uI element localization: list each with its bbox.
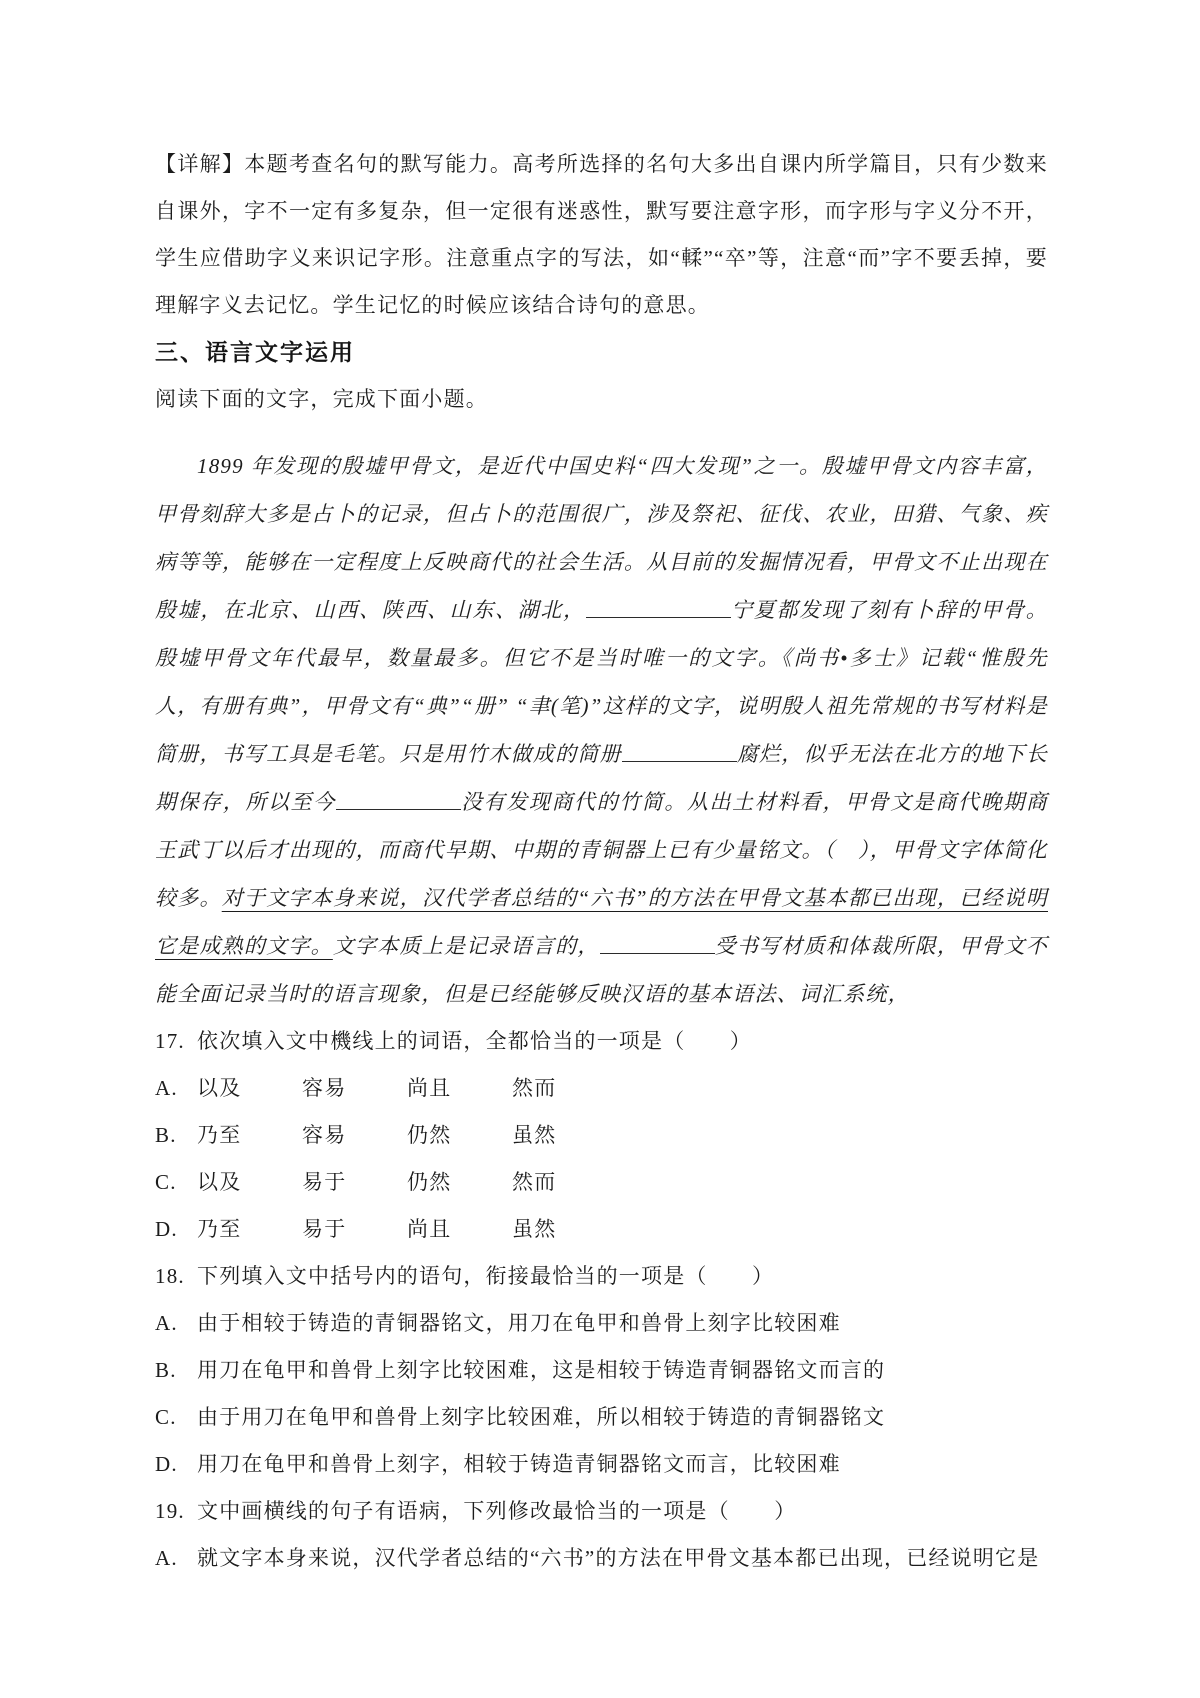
option-word: 易于 [302, 1206, 407, 1253]
option-text: 就文字本身来说，汉代学者总结的“六书”的方法在甲骨文基本都已出现，已经说明它是 [197, 1546, 1039, 1570]
question-stem: 下列填入文中括号内的语句，衔接最恰当的一项是（ ） [197, 1264, 774, 1288]
question-number: 17. [155, 1018, 197, 1065]
question-stem: 依次填入文中機线上的词语，全都恰当的一项是（ ） [197, 1029, 752, 1053]
q17-option-c: C.以及易于仍然然而 [155, 1159, 1048, 1206]
q18-option-c: C.由于用刀在龟甲和兽骨上刻字比较困难，所以相较于铸造的青铜器铭文 [155, 1394, 1048, 1441]
passage-text-2: 宁夏都发现了刻有卜辞的甲骨。殷墟甲骨文年代最早，数量最多。但它不是当时唯一的文字… [155, 598, 1048, 766]
fill-in-blank-4 [600, 951, 715, 954]
option-text: 由于相较于铸造的青铜器铭文，用刀在龟甲和兽骨上刻字比较困难 [197, 1311, 841, 1335]
question-list: 17.依次填入文中機线上的词语，全都恰当的一项是（ ） A.以及容易尚且然而 B… [155, 1018, 1048, 1582]
passage-text-1: 1899 年发现的殷墟甲骨文，是近代中国史料“四大发现”之一。殷墟甲骨文内容丰富… [155, 454, 1048, 622]
passage-intro: 阅读下面的文字，完成下面小题。 [155, 376, 1048, 423]
option-word: 仍然 [407, 1159, 512, 1206]
option-word: 虽然 [512, 1206, 617, 1253]
option-letter: C. [155, 1394, 197, 1441]
option-word: 尚且 [407, 1206, 512, 1253]
option-word: 然而 [512, 1065, 617, 1112]
option-word: 易于 [302, 1159, 407, 1206]
question-18: 18.下列填入文中括号内的语句，衔接最恰当的一项是（ ） A.由于相较于铸造的青… [155, 1253, 1048, 1488]
option-letter: A. [155, 1065, 197, 1112]
question-stem: 文中画横线的句子有语病，下列修改最恰当的一项是（ ） [197, 1499, 796, 1523]
option-word: 然而 [512, 1159, 617, 1206]
option-word: 尚且 [407, 1065, 512, 1112]
question-19: 19.文中画横线的句子有语病，下列修改最恰当的一项是（ ） A.就文字本身来说，… [155, 1488, 1048, 1582]
option-text: 用刀在龟甲和兽骨上刻字比较困难，这是相较于铸造青铜器铭文而言的 [197, 1358, 885, 1382]
fill-in-blank-2 [622, 759, 737, 762]
q18-option-a: A.由于相较于铸造的青铜器铭文，用刀在龟甲和兽骨上刻字比较困难 [155, 1300, 1048, 1347]
detail-explanation-paragraph: 【详解】本题考查名句的默写能力。高考所选择的名句大多出自课内所学篇目，只有少数来… [155, 141, 1048, 329]
option-text: 由于用刀在龟甲和兽骨上刻字比较困难，所以相较于铸造的青铜器铭文 [197, 1405, 885, 1429]
option-letter: B. [155, 1112, 197, 1159]
q19-option-a: A.就文字本身来说，汉代学者总结的“六书”的方法在甲骨文基本都已出现，已经说明它… [155, 1535, 1048, 1582]
exam-page: 【详解】本题考查名句的默写能力。高考所选择的名句大多出自课内所学篇目，只有少数来… [0, 0, 1200, 1698]
passage-text-5: 文字本质上是记录语言的， [333, 934, 600, 958]
option-word: 以及 [197, 1159, 302, 1206]
question-19-stem-line: 19.文中画横线的句子有语病，下列修改最恰当的一项是（ ） [155, 1488, 1048, 1535]
section-header: 三、语言文字运用 [155, 329, 1048, 376]
option-letter: B. [155, 1347, 197, 1394]
question-17: 17.依次填入文中機线上的词语，全都恰当的一项是（ ） A.以及容易尚且然而 B… [155, 1018, 1048, 1253]
option-word: 乃至 [197, 1206, 302, 1253]
q18-option-b: B.用刀在龟甲和兽骨上刻字比较困难，这是相较于铸造青铜器铭文而言的 [155, 1347, 1048, 1394]
option-word: 容易 [302, 1112, 407, 1159]
option-letter: A. [155, 1300, 197, 1347]
question-number: 19. [155, 1488, 197, 1535]
option-word: 虽然 [512, 1112, 617, 1159]
q17-option-a: A.以及容易尚且然而 [155, 1065, 1048, 1112]
option-word: 以及 [197, 1065, 302, 1112]
option-word: 仍然 [407, 1112, 512, 1159]
question-number: 18. [155, 1253, 197, 1300]
option-text: 用刀在龟甲和兽骨上刻字，相较于铸造青铜器铭文而言，比较困难 [197, 1452, 841, 1476]
question-18-stem-line: 18.下列填入文中括号内的语句，衔接最恰当的一项是（ ） [155, 1253, 1048, 1300]
fill-in-blank-3 [336, 807, 461, 810]
reading-passage: 1899 年发现的殷墟甲骨文，是近代中国史料“四大发现”之一。殷墟甲骨文内容丰富… [155, 442, 1048, 1018]
option-letter: D. [155, 1206, 197, 1253]
question-17-stem-line: 17.依次填入文中機线上的词语，全都恰当的一项是（ ） [155, 1018, 1048, 1065]
option-letter: C. [155, 1159, 197, 1206]
option-letter: D. [155, 1441, 197, 1488]
option-word: 容易 [302, 1065, 407, 1112]
q17-option-d: D.乃至易于尚且虽然 [155, 1206, 1048, 1253]
option-word: 乃至 [197, 1112, 302, 1159]
option-letter: A. [155, 1535, 197, 1582]
fill-in-blank-1 [586, 615, 731, 618]
q17-option-b: B.乃至容易仍然虽然 [155, 1112, 1048, 1159]
q18-option-d: D.用刀在龟甲和兽骨上刻字，相较于铸造青铜器铭文而言，比较困难 [155, 1441, 1048, 1488]
